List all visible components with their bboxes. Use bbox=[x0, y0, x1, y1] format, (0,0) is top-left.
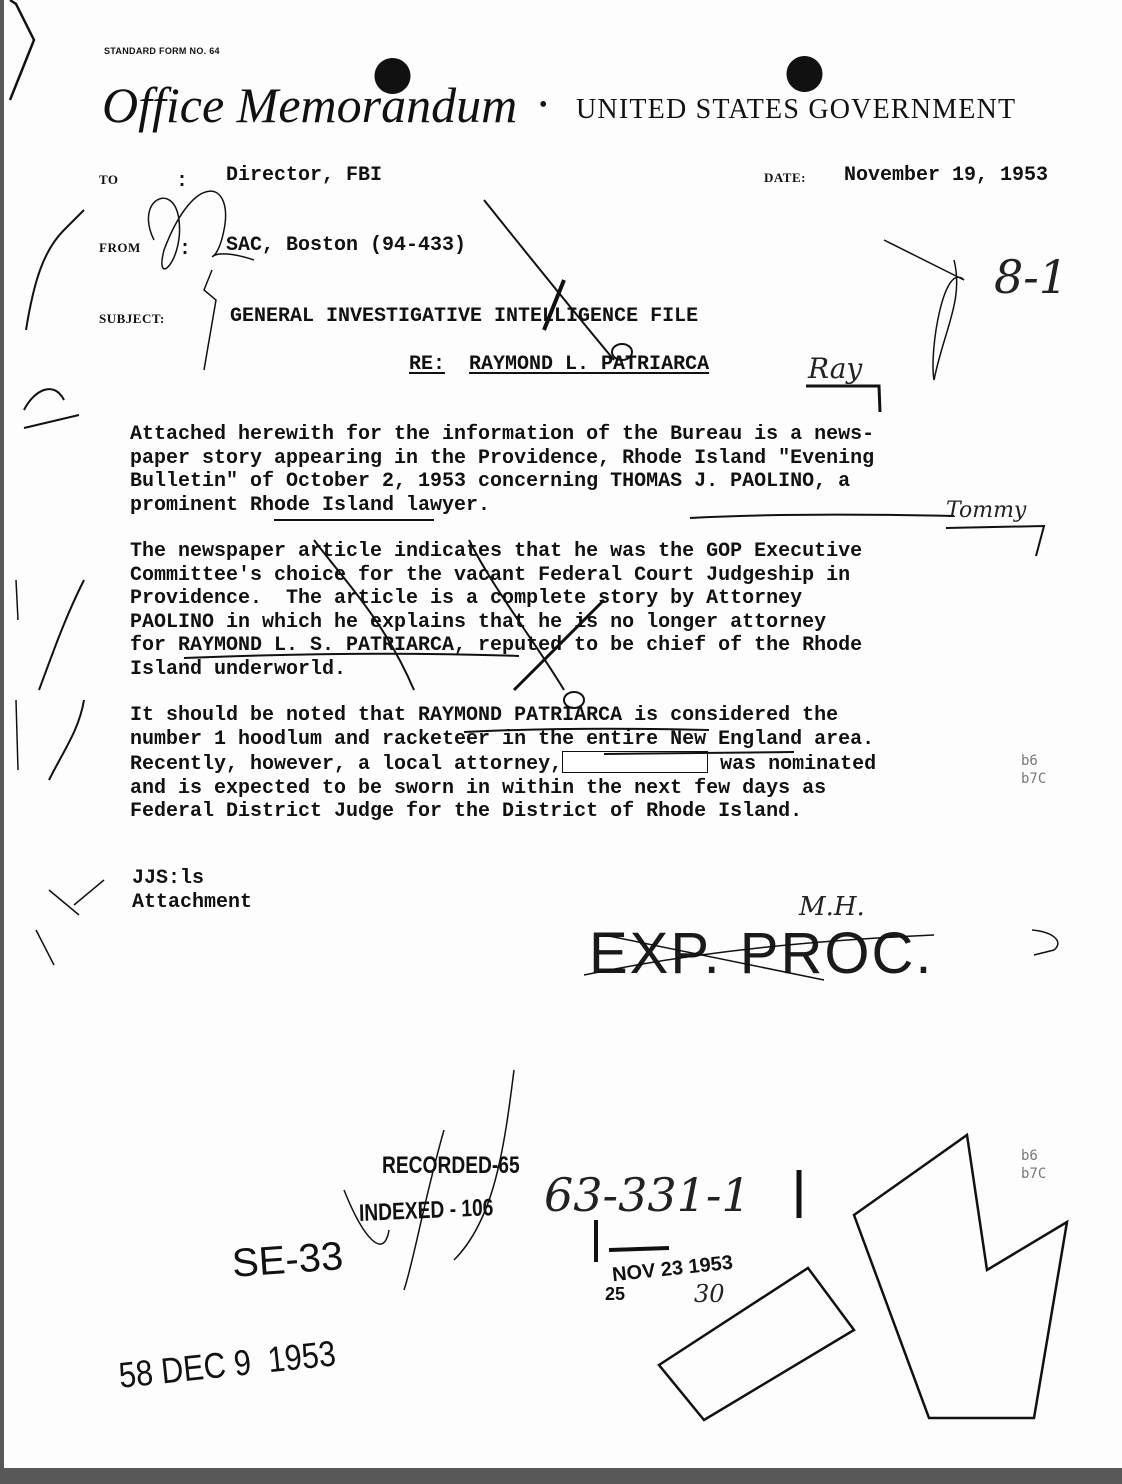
paragraph-3: It should be noted that RAYMOND PATRIARC… bbox=[130, 704, 1030, 824]
handwritten-tommy: Tommy bbox=[946, 498, 1026, 523]
body-line: prominent Rhode Island lawyer. bbox=[130, 494, 1030, 518]
signature-from bbox=[148, 191, 254, 269]
re-line: RE: RAYMOND L. PATRIARCA bbox=[409, 353, 709, 376]
handwritten-mh: M.H. bbox=[799, 892, 865, 922]
paragraph-2: The newspaper article indicates that he … bbox=[130, 540, 1030, 681]
margin-bracket-2 bbox=[16, 700, 18, 770]
initials-scribble-right bbox=[884, 240, 964, 380]
body-line: paper story appearing in the Providence,… bbox=[130, 447, 1030, 471]
body-line: and is expected to be sworn in within th… bbox=[130, 777, 1030, 801]
body-line: Providence. The article is a complete st… bbox=[130, 587, 1030, 611]
body-line: Federal District Judge for the District … bbox=[130, 800, 1030, 824]
form-number: STANDARD FORM NO. 64 bbox=[104, 46, 220, 56]
memo-page: STANDARD FORM NO. 64 Office Memorandum •… bbox=[4, 0, 1122, 1468]
from-label: FROM bbox=[99, 240, 141, 256]
from-value: SAC, Boston (94-433) bbox=[226, 234, 466, 257]
encl-stamp-mark bbox=[36, 880, 104, 965]
body-line: Attached herewith for the information of… bbox=[130, 423, 1030, 447]
margin-initials-3 bbox=[39, 580, 84, 690]
body-line: Bulletin" of October 2, 1953 concerning … bbox=[130, 470, 1030, 494]
nov-prefix-number: 25 bbox=[605, 1284, 625, 1305]
typist-initials: JJS:ls bbox=[132, 867, 204, 890]
body-line: PAOLINO in which he explains that he is … bbox=[130, 611, 1030, 635]
nov-handwritten-30: 30 bbox=[694, 1280, 725, 1308]
memo-title: Office Memorandum bbox=[102, 76, 517, 134]
body-line-redacted: Recently, however, a local attorney, was… bbox=[130, 751, 1030, 777]
redaction-outline-rect bbox=[659, 1268, 854, 1420]
body-line: for RAYMOND L. S. PATRIARCA, reputed to … bbox=[130, 634, 1030, 658]
re-label: RE: bbox=[409, 353, 445, 376]
exp-proc-stamp: EXP. PROC. bbox=[589, 920, 934, 987]
handwritten-ray: Ray bbox=[808, 352, 862, 385]
title-separator: • bbox=[539, 92, 547, 119]
body-line: The newspaper article indicates that he … bbox=[130, 540, 1030, 564]
agency-name: UNITED STATES GOVERNMENT bbox=[576, 94, 1016, 126]
underline-ray bbox=[806, 386, 880, 412]
file-number: 63-331-1 bbox=[544, 1168, 751, 1222]
exemption-codes: b6 b7C bbox=[1021, 752, 1046, 788]
margin-initials-2 bbox=[24, 389, 79, 428]
corner-fold-mark bbox=[10, 0, 34, 100]
attachment-note: Attachment bbox=[132, 891, 252, 914]
right-margin-mark bbox=[1032, 930, 1058, 955]
punch-hole-right bbox=[787, 56, 823, 92]
body-line: It should be noted that RAYMOND PATRIARC… bbox=[130, 704, 1030, 728]
re-value: RAYMOND L. PATRIARCA bbox=[469, 353, 709, 376]
subject-value: GENERAL INVESTIGATIVE INTELLIGENCE FILE bbox=[230, 305, 698, 328]
date-label: DATE: bbox=[764, 170, 806, 186]
to-colon: : bbox=[176, 170, 188, 193]
margin-initials-1 bbox=[26, 210, 84, 330]
handwritten-8-1: 8-1 bbox=[994, 250, 1068, 304]
redaction-box bbox=[562, 751, 708, 773]
subject-label: SUBJECT: bbox=[99, 311, 165, 327]
date-value: November 19, 1953 bbox=[844, 164, 1048, 187]
indexed-scribble bbox=[344, 1070, 514, 1290]
paragraph-1: Attached herewith for the information of… bbox=[130, 423, 1030, 517]
from-colon: : bbox=[179, 238, 191, 261]
body-line: number 1 hoodlum and racketeer in the en… bbox=[130, 728, 1030, 752]
dec-date-stamp: 58 DEC 9 1953 bbox=[117, 1332, 338, 1397]
indexed-stamp: INDEXED - 106 bbox=[359, 1194, 494, 1228]
body-line: Committee's choice for the vacant Federa… bbox=[130, 564, 1030, 588]
margin-bracket-1 bbox=[16, 580, 18, 620]
nov-stamp-bar bbox=[596, 1220, 669, 1262]
to-value: Director, FBI bbox=[226, 164, 382, 187]
body-line: Island underworld. bbox=[130, 658, 1030, 682]
recorded-stamp: RECORDED-65 bbox=[382, 1152, 520, 1180]
exemption-codes-2: b6 b7C bbox=[1021, 1147, 1046, 1183]
subject-check-mark bbox=[204, 270, 216, 370]
to-label: TO bbox=[99, 172, 119, 188]
diagonal-strike-1 bbox=[484, 200, 614, 360]
margin-initials-4 bbox=[49, 700, 84, 780]
se-number-stamp: SE-33 bbox=[231, 1234, 345, 1287]
